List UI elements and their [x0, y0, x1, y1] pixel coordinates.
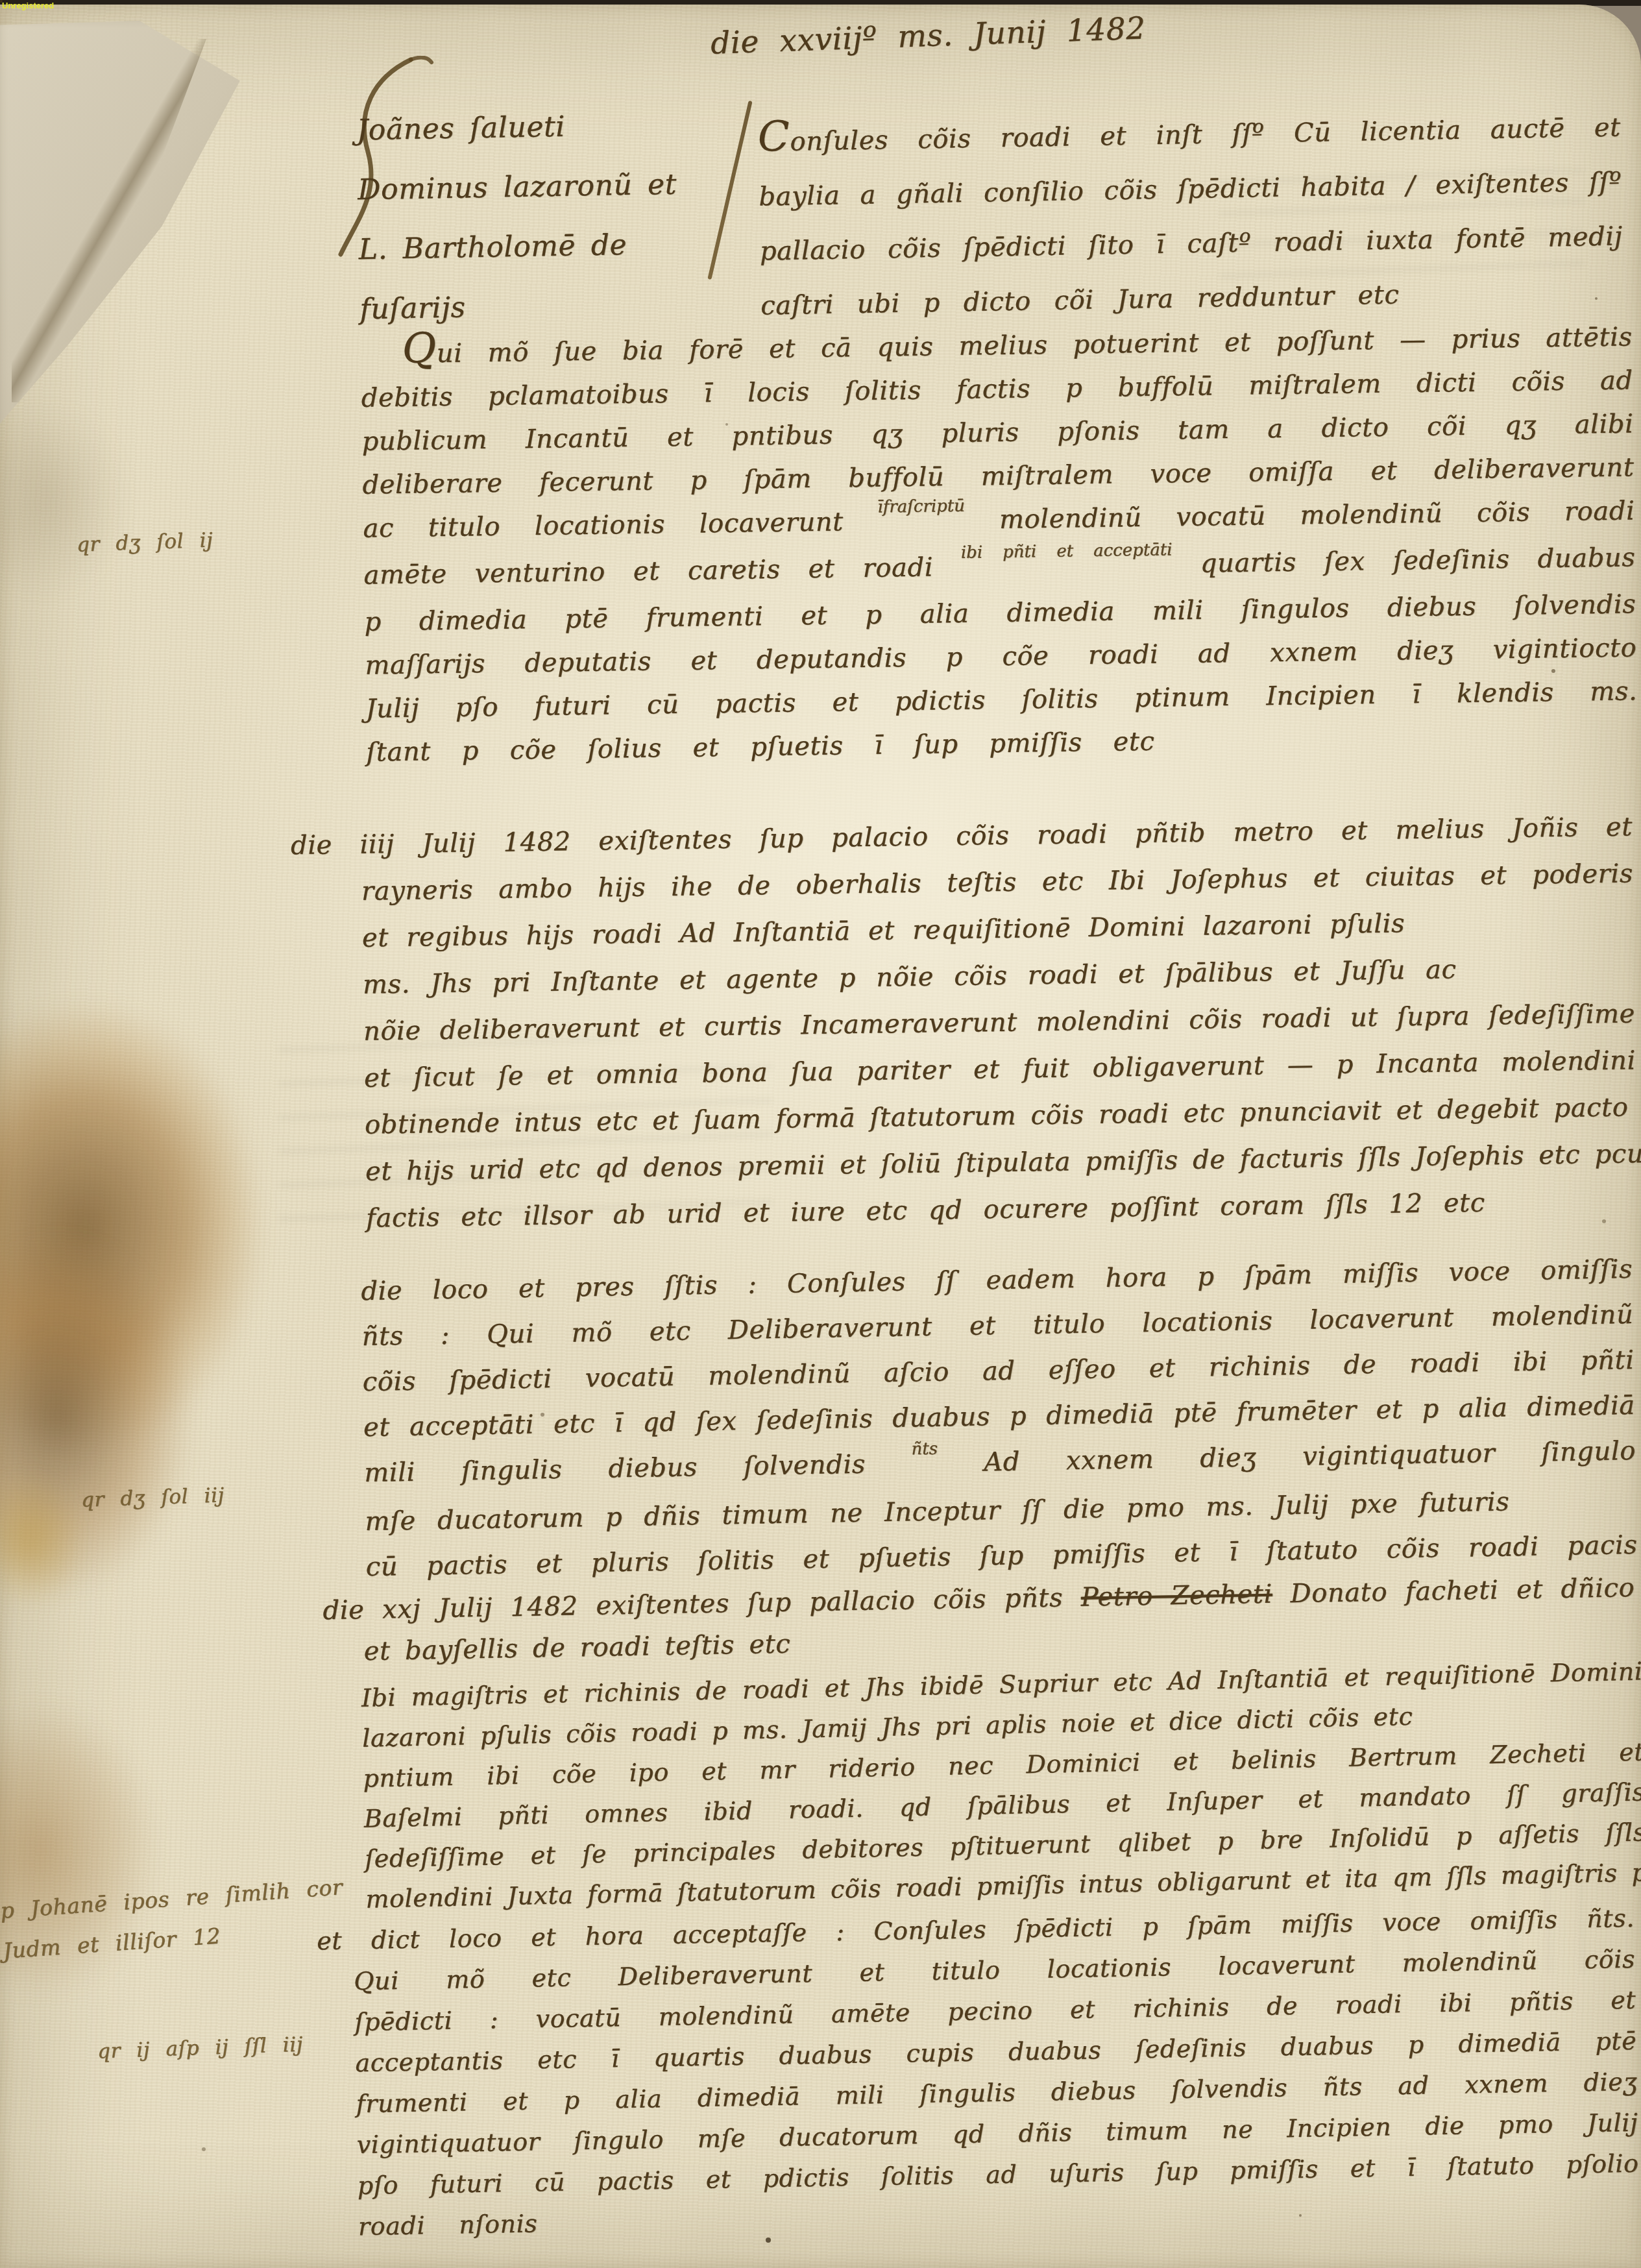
interlinear-insertion: ñts [911, 1439, 938, 1459]
attendee-name: Joãnes ſalueti [356, 94, 747, 160]
interlinear-insertion: īfraſcriptū [877, 496, 965, 517]
margin-note-1: qr dʒ ſol ij [76, 528, 213, 556]
attendee-names: Joãnes ſalueti Dominus lazaronũ et L. Ba… [356, 94, 749, 339]
text-segment: quartis ſex ſedeſinis duabus [1200, 543, 1636, 578]
text-line: roadi nſonis [358, 2203, 538, 2247]
text-line: et bayſellis de roadi teſtis etc [363, 1624, 746, 1672]
manuscript-scan: Unregistered die xxviijº ms. Junij 1482 … [0, 0, 1641, 2268]
paragraph-sureties: Ibi magiſtris et richinis de roadi et Jh… [361, 1651, 1641, 1919]
scan-watermark: Unregistered [2, 1, 54, 10]
paragraph-first-lease: Qui mõ ſue bia forē et cā quis melius po… [360, 310, 1638, 774]
margin-note-2: qr dʒ ſol iij [80, 1483, 225, 1512]
paragraph-session-opening: Conſules cõis roadi et inſt ſſº Cū licen… [757, 95, 1624, 333]
text-segment: ac titulo locationis locaverunt [363, 507, 844, 543]
attendee-name: Dominus lazaronũ et [357, 154, 748, 220]
text-segment: Donato facheti et dñico [1290, 1573, 1635, 1609]
text-segment: molendinũ vocatū molendinũ cõis roadi [999, 496, 1635, 535]
attendee-name: L. Bartholomē de fuſarijs [358, 213, 749, 339]
paragraph-final-lease: et dict loco et hora acceptaſſe : Conſul… [353, 1898, 1640, 2247]
paragraph-second-lease: die loco et pres ſſtis : Conſules ſſ ead… [361, 1247, 1638, 1590]
struck-out-name: Petro Zecheti [1080, 1579, 1272, 1613]
paragraph-julij-4: die iiij Julij 1482 exiſtentes ſup palac… [361, 803, 1638, 1241]
text-segment: die xxj Julij 1482 exiſtentes ſup pallac… [322, 1583, 1063, 1626]
text-segment: Ad xxnem dieʒ vigintiquatuor ſingulo [984, 1436, 1636, 1478]
text-segment: mili ſingulis diebus ſolvendis [364, 1450, 866, 1488]
text-segment: amēte venturino et caretis et roadi [363, 552, 933, 590]
interlinear-insertion: ibi pñti et acceptāti [961, 540, 1173, 563]
